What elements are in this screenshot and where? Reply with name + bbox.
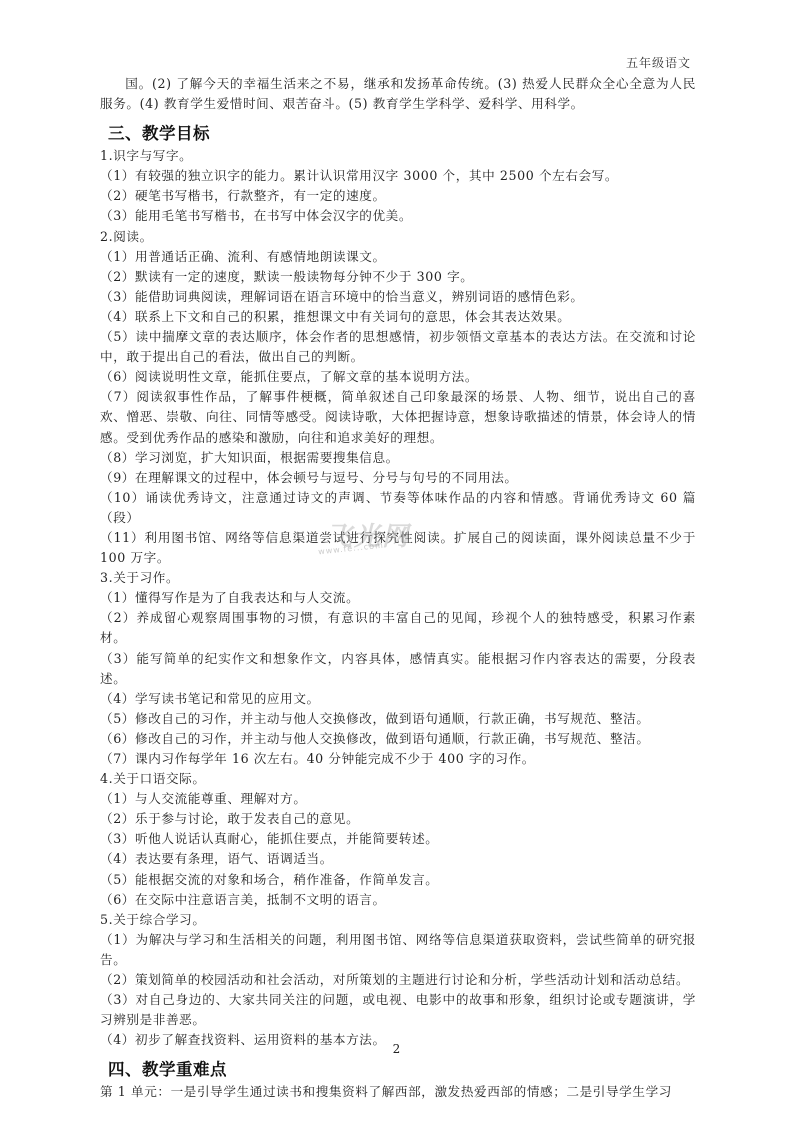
goal-item: （2）养成留心观察周围事物的习惯，有意识的丰富自己的见闻，珍视个人的独特感受，积… (100, 608, 696, 648)
section-heading-teaching-goals: 三、教学目标 (108, 122, 696, 146)
goal-item: （1）有较强的独立识字的能力。累计认识常用汉字 3000 个，其中 2500 个… (100, 166, 696, 186)
goal-item: （1）懂得写作是为了自我表达和与人交流。 (100, 588, 696, 608)
goal-group-heading: 2.阅读。 (100, 227, 696, 247)
intro-paragraph: 国。(2) 了解今天的幸福生活来之不易，继承和发扬革命传统。(3) 热爱人民群众… (100, 74, 696, 114)
goal-item: （11）利用图书馆、网络等信息渠道尝试进行探究性阅读。扩展自己的阅读面，课外阅读… (100, 528, 696, 568)
goal-item: （6）阅读说明性文章，能抓住要点，了解文章的基本说明方法。 (100, 367, 696, 387)
goal-item: （5）能根据交流的对象和场合，稍作准备，作简单发言。 (100, 870, 696, 890)
document-body: 国。(2) 了解今天的幸福生活来之不易，继承和发扬革命传统。(3) 热爱人民群众… (100, 74, 696, 1103)
goal-item: （7）课内习作每学年 16 次左右。40 分钟能完成不少于 400 字的习作。 (100, 749, 696, 769)
goal-item: （5）修改自己的习作，并主动与他人交换修改，做到语句通顺，行款正确，书写规范、整… (100, 709, 696, 729)
goal-item: （7）阅读叙事性作品，了解事件梗概，简单叙述自己印象最深的场景、人物、细节，说出… (100, 387, 696, 447)
goal-item: （2）默读有一定的速度，默读一般读物每分钟不少于 300 字。 (100, 267, 696, 287)
section-heading-key-difficulties: 四、教学重难点 (108, 1058, 696, 1082)
goal-item: （8）学习浏览，扩大知识面，根据需要搜集信息。 (100, 448, 696, 468)
document-page: 五年级语文 国。(2) 了解今天的幸福生活来之不易，继承和发扬革命传统。(3) … (0, 0, 793, 1122)
goal-item: （6）在交际中注意语言美，抵制不文明的语言。 (100, 890, 696, 910)
goal-item: （2）乐于参与讨论，敢于发表自己的意见。 (100, 809, 696, 829)
running-header: 五年级语文 (626, 54, 691, 71)
goal-item: （5）读中揣摩文章的表达顺序，体会作者的思想感情，初步领悟文章基本的表达方法。在… (100, 327, 696, 367)
goal-item: （4）表达要有条理，语气、语调适当。 (100, 849, 696, 869)
goal-item: （3）能写简单的纪实作文和想象作文，内容具体，感情真实。能根据习作内容表达的需要… (100, 649, 696, 689)
goal-item: （1）为解决与学习和生活相关的问题，利用图书馆、网络等信息渠道获取资料，尝试些简… (100, 930, 696, 970)
goal-item: （3）对自己身边的、大家共同关注的问题，或电视、电影中的故事和形象，组织讨论或专… (100, 990, 696, 1030)
goal-item: （3）听他人说话认真耐心，能抓住要点，并能简要转述。 (100, 829, 696, 849)
goal-item: （4）学写读书笔记和常见的应用文。 (100, 689, 696, 709)
page-number: 2 (0, 1042, 793, 1056)
goal-item: （4）联系上下文和自己的积累，推想课文中有关词句的意思，体会其表达效果。 (100, 307, 696, 327)
goal-group-heading: 4.关于口语交际。 (100, 769, 696, 789)
goal-item: （2）策划简单的校园活动和社会活动，对所策划的主题进行讨论和分析，学些活动计划和… (100, 970, 696, 990)
unit-1-paragraph: 第 1 单元：一是引导学生通过读书和搜集资料了解西部，激发热爱西部的情感；二是引… (100, 1082, 696, 1102)
goal-item: （1）与人交流能尊重、理解对方。 (100, 789, 696, 809)
goal-item: （1）用普通话正确、流利、有感情地朗读课文。 (100, 247, 696, 267)
goal-item: （3）能借助词典阅读，理解词语在语言环境中的恰当意义，辨别词语的感情色彩。 (100, 287, 696, 307)
goal-item: （3）能用毛笔书写楷书，在书写中体会汉字的优美。 (100, 206, 696, 226)
goal-group-heading: 1.识字与写字。 (100, 146, 696, 166)
goal-group-heading: 5.关于综合学习。 (100, 910, 696, 930)
goal-item: （10）诵读优秀诗文，注意通过诗文的声调、节奏等体味作品的内容和情感。背诵优秀诗… (100, 488, 696, 528)
goal-item: （6）修改自己的习作，并主动与他人交换修改，做到语句通顺，行款正确，书写规范、整… (100, 729, 696, 749)
goal-group-heading: 3.关于习作。 (100, 568, 696, 588)
goal-item: （2）硬笔书写楷书，行款整齐，有一定的速度。 (100, 186, 696, 206)
goal-item: （9）在理解课文的过程中，体会顿号与逗号、分号与句号的不同用法。 (100, 468, 696, 488)
